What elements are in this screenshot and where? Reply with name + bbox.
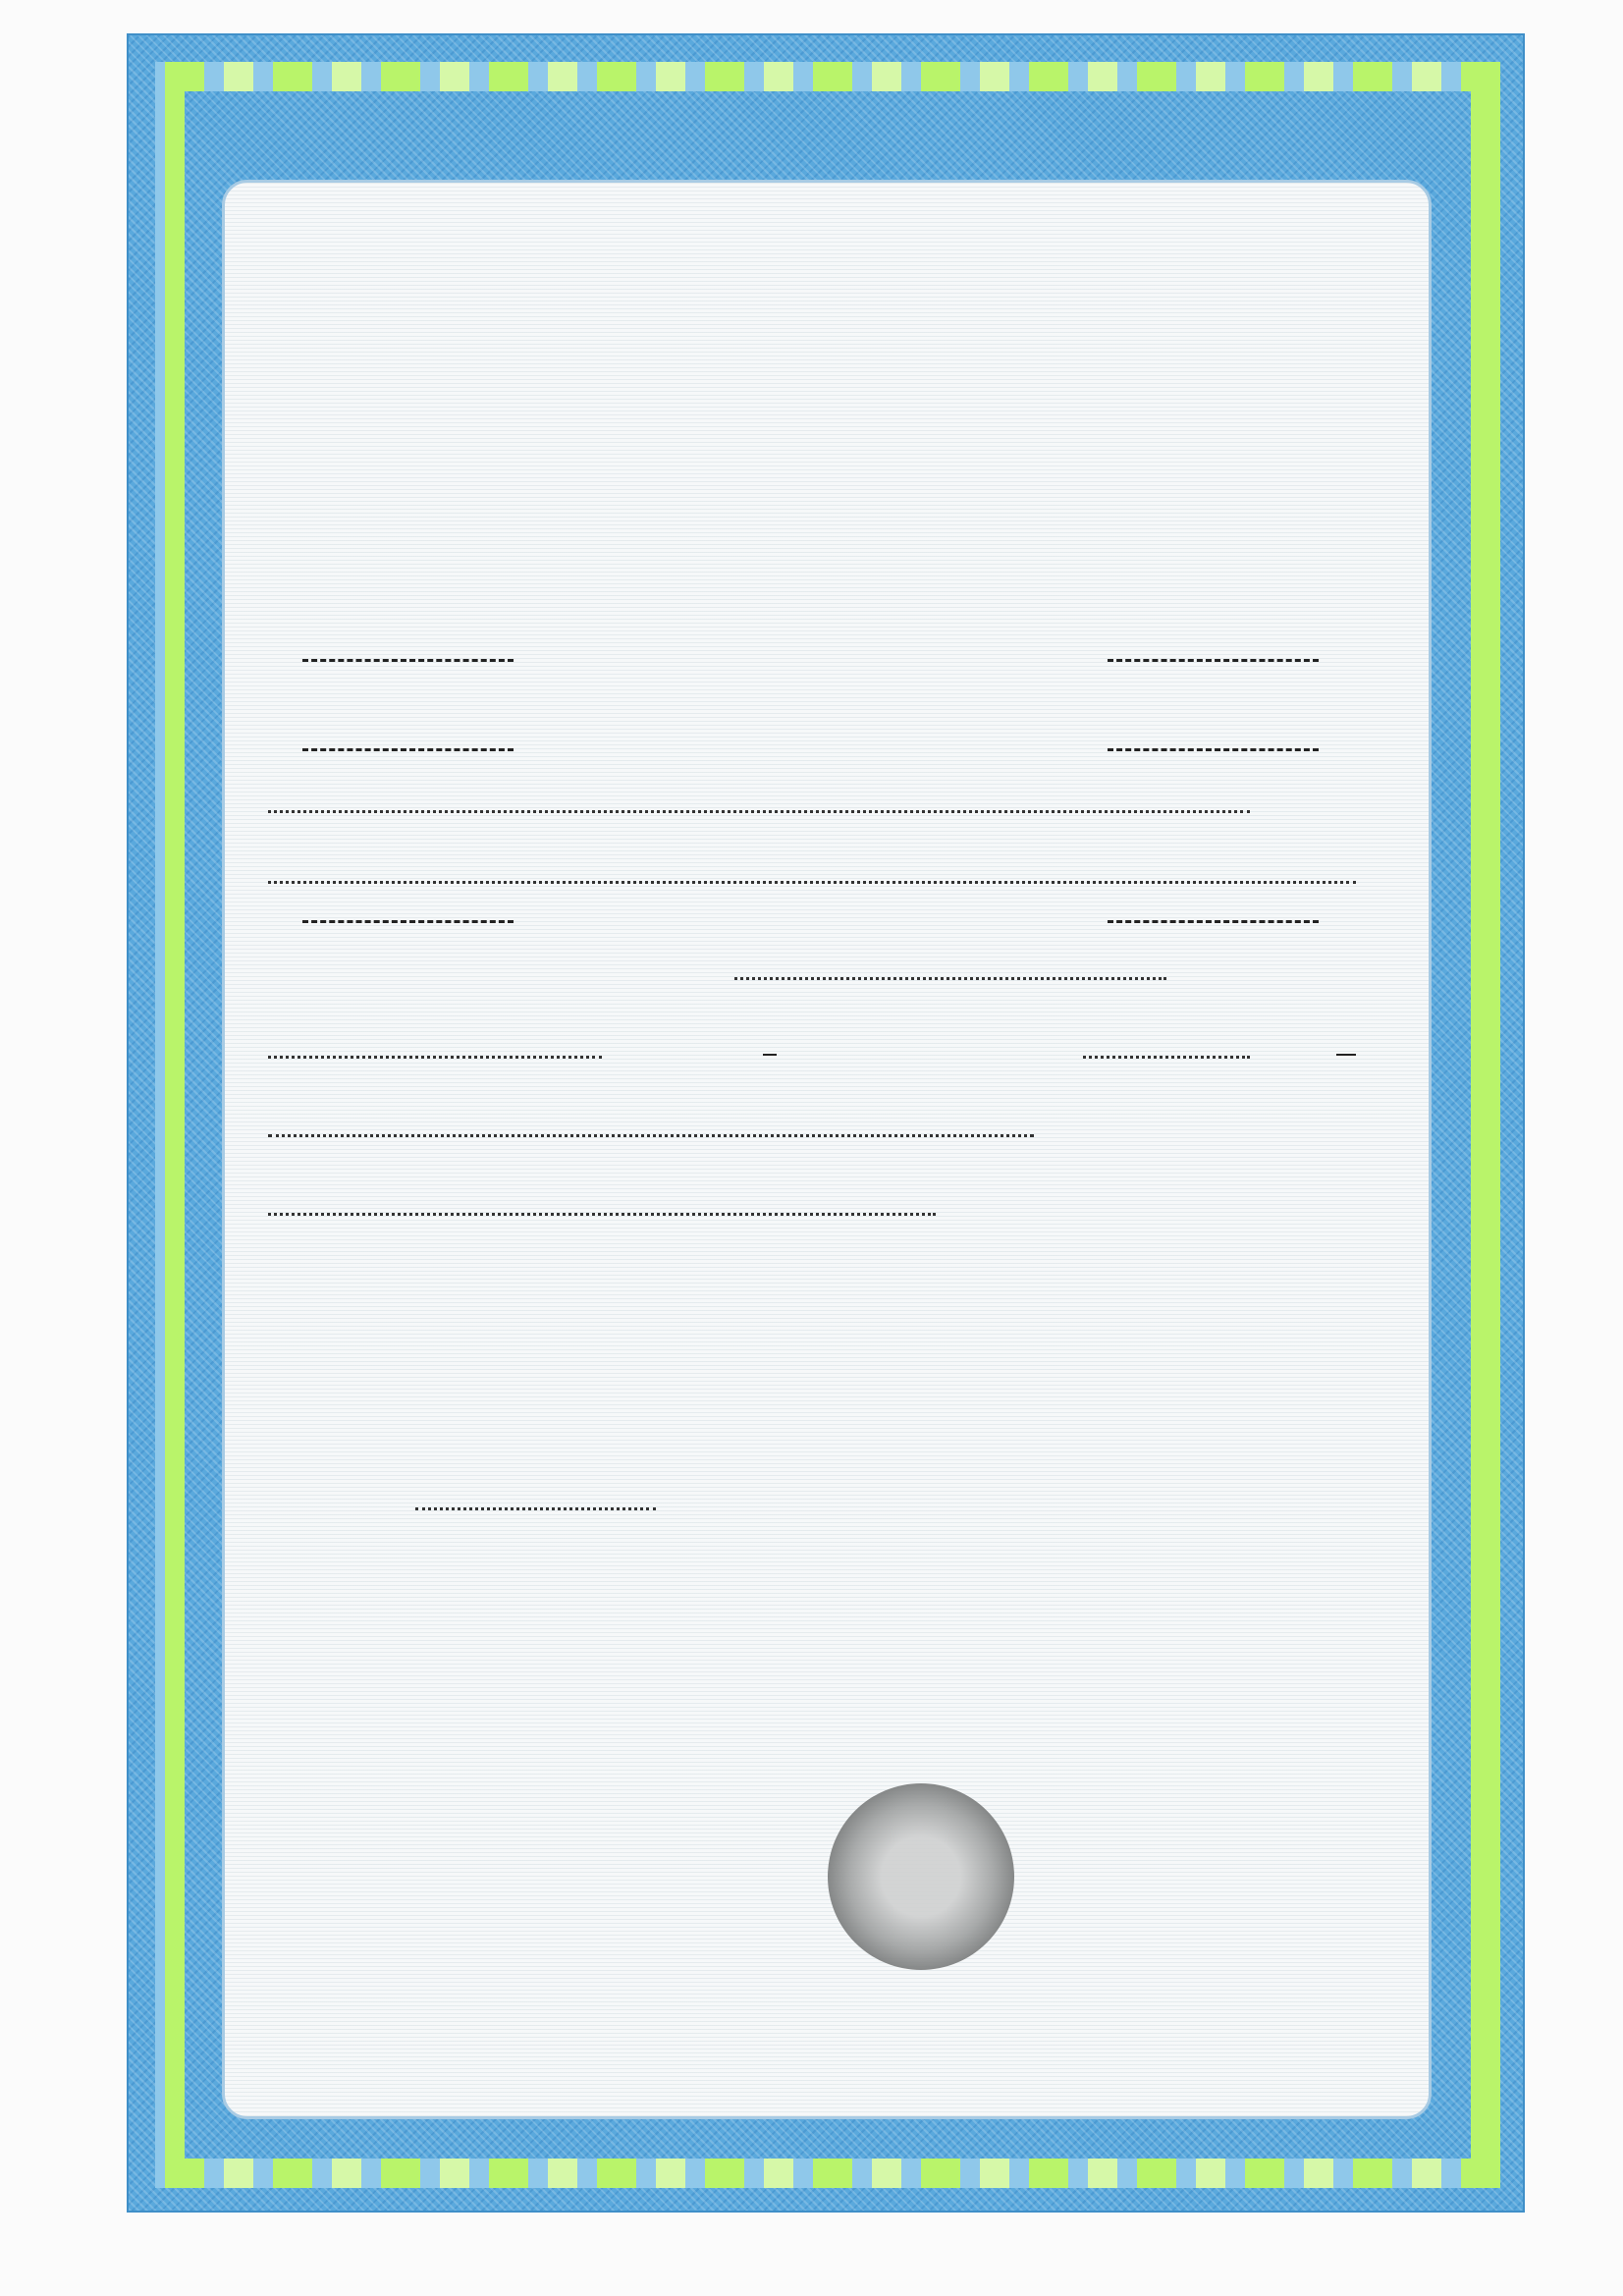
birth-certificate-scan xyxy=(0,0,1623,2296)
year-dotline xyxy=(734,977,1166,980)
embossed-seal xyxy=(828,1783,1014,1970)
date-dotline xyxy=(268,1056,602,1059)
mother-dashline-right xyxy=(302,659,514,662)
place-label-en xyxy=(1336,1052,1356,1056)
child-name-dashline-left xyxy=(1108,920,1319,923)
certificate-paper xyxy=(222,180,1432,2119)
nationality-dotline xyxy=(415,1507,656,1510)
mother-dashline-left xyxy=(1108,659,1319,662)
father-dashline-left xyxy=(1108,748,1319,751)
stbld-dotline xyxy=(268,1134,1034,1137)
child-name-dashline-right xyxy=(302,920,514,923)
child-name-dotline xyxy=(268,881,1356,884)
father-dashline-right xyxy=(302,748,514,751)
cert-number-dotline xyxy=(268,1213,936,1216)
child-no-dotline xyxy=(268,810,1250,813)
date-label-en xyxy=(763,1052,777,1056)
place-dotline xyxy=(1083,1056,1250,1059)
